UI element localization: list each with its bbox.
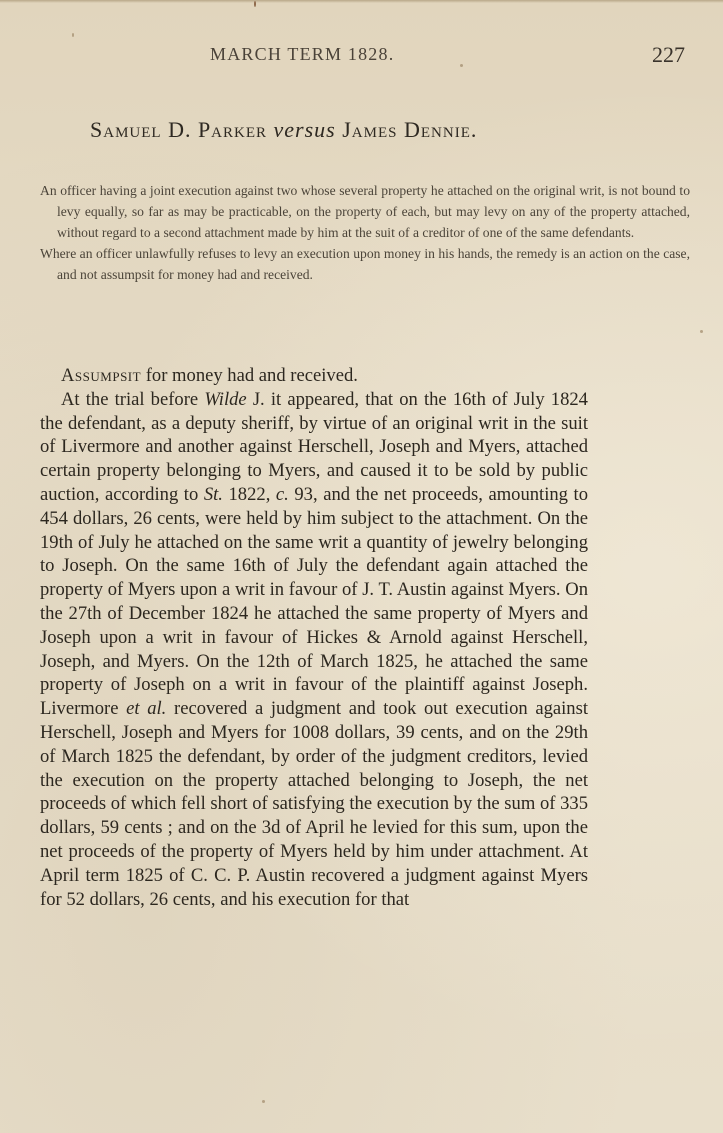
statute-abbrev: St. bbox=[204, 484, 223, 505]
defendant-name: James Dennie. bbox=[342, 117, 477, 142]
text-run: At the trial before bbox=[61, 389, 204, 410]
text-run: 1822, bbox=[223, 484, 276, 505]
paper-speck bbox=[72, 33, 74, 37]
paper-speck bbox=[700, 330, 703, 333]
page-top-edge bbox=[0, 0, 723, 3]
headnote-2: Where an officer unlawfully refuses to l… bbox=[40, 243, 690, 285]
et-al: et al. bbox=[126, 698, 166, 719]
headnotes: An officer having a joint execution agai… bbox=[40, 180, 690, 285]
paragraph-assumpsit: Assumpsit for money had and received. bbox=[40, 364, 588, 388]
opinion-body: Assumpsit for money had and received. At… bbox=[40, 364, 588, 911]
assumpsit-lead: Assumpsit bbox=[61, 365, 141, 386]
paper-speck bbox=[460, 64, 463, 67]
page-number: 227 bbox=[652, 42, 685, 68]
versus-connector: versus bbox=[274, 117, 336, 142]
judge-name: Wilde bbox=[204, 389, 246, 410]
text-run: recovered a judgment and took out execut… bbox=[40, 698, 588, 909]
headnote-1: An officer having a joint execution agai… bbox=[40, 180, 690, 243]
paragraph-facts: At the trial before Wilde J. it appeared… bbox=[40, 388, 588, 912]
running-head: MARCH TERM 1828. bbox=[210, 44, 394, 65]
text-run: 93, and the net proceeds, amounting to 4… bbox=[40, 484, 588, 719]
paper-speck bbox=[254, 1, 256, 7]
plaintiff-name: Samuel D. Parker bbox=[90, 117, 267, 142]
case-title: Samuel D. Parker versus James Dennie. bbox=[90, 117, 477, 143]
chapter-abbrev: c. bbox=[276, 484, 289, 505]
paper-speck bbox=[262, 1100, 265, 1103]
paragraph-text: for money had and received. bbox=[141, 365, 358, 386]
scanned-page: MARCH TERM 1828. 227 Samuel D. Parker ve… bbox=[0, 0, 723, 1133]
